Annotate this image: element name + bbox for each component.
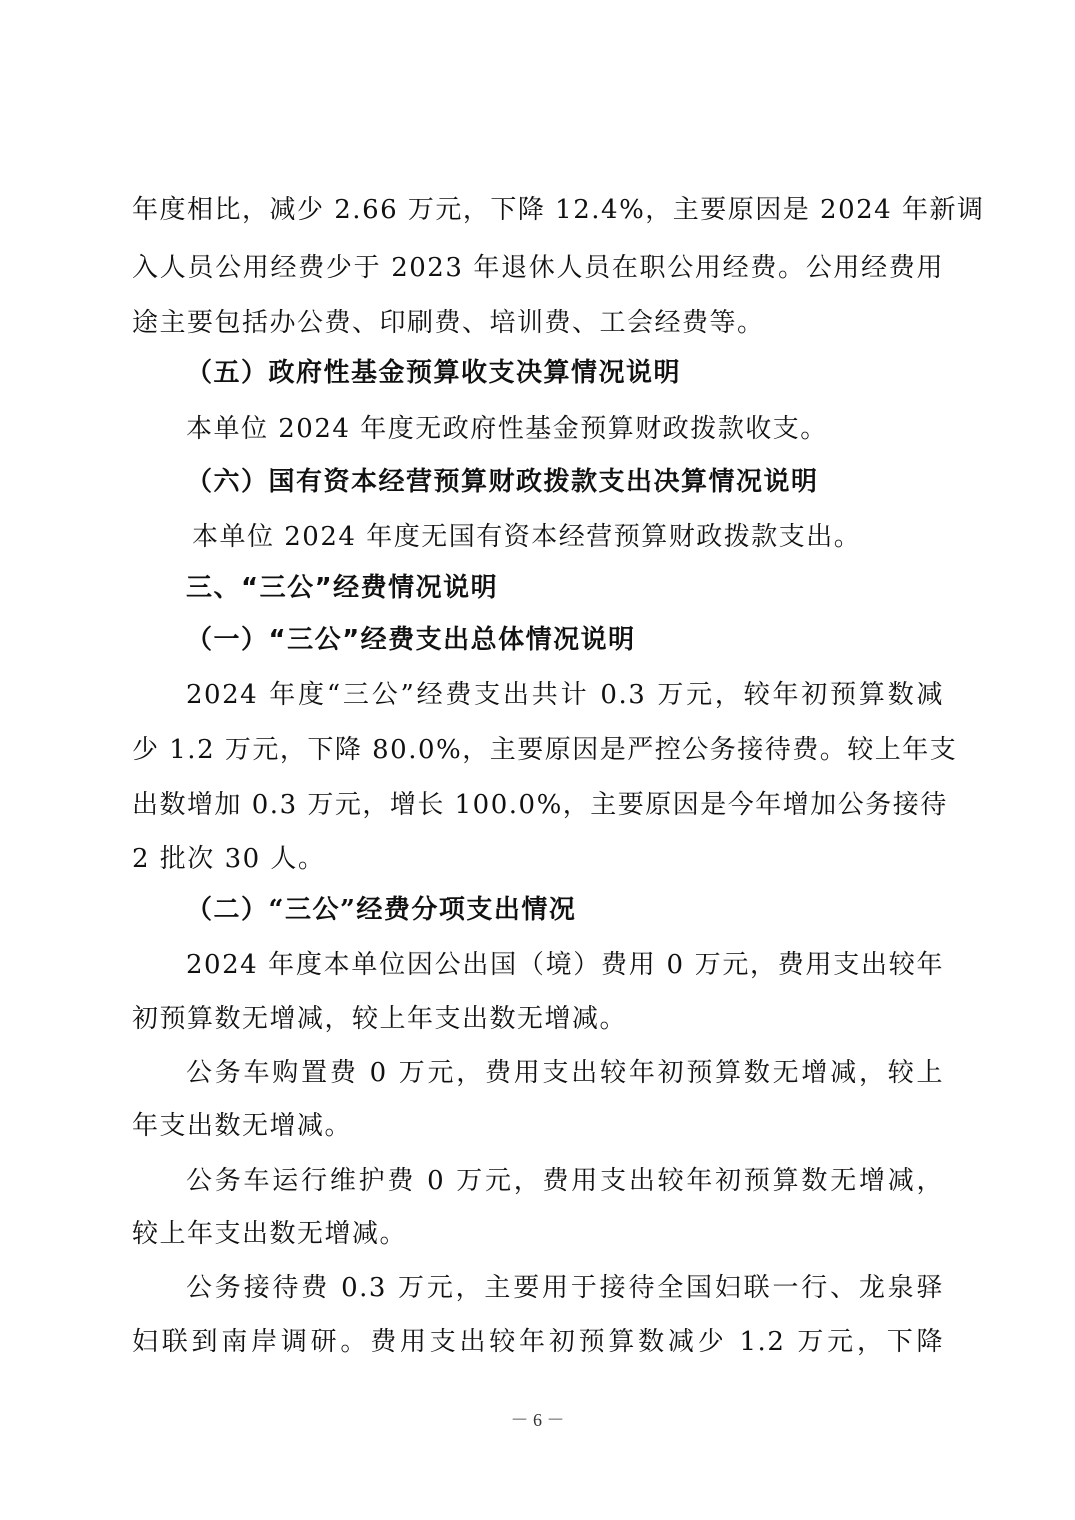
paragraph-line: 入人员公用经费少于 2023 年退休人员在职公用经费。公用经费用 <box>132 248 944 288</box>
section-heading-3-1: （一）“三公”经费支出总体情况说明 <box>186 620 998 660</box>
paragraph-line: 公务车运行维护费 0 万元，费用支出较年初预算数无增减， <box>186 1161 944 1201</box>
chapter-heading-3: 三、“三公”经费情况说明 <box>186 568 998 608</box>
page-number: － 6 － <box>0 1406 1075 1432</box>
document-page: 年度相比，减少 2.66 万元，下降 12.4%，主要原因是 2024 年新调 … <box>0 0 1075 1520</box>
paragraph-line: 少 1.2 万元，下降 80.0%，主要原因是严控公务接待费。较上年支 <box>132 730 944 770</box>
paragraph-line: 公务车购置费 0 万元，费用支出较年初预算数无增减，较上 <box>186 1053 944 1093</box>
section-heading-6: （六）国有资本经营预算财政拨款支出决算情况说明 <box>186 462 998 502</box>
paragraph-line: 年支出数无增减。 <box>132 1106 944 1146</box>
paragraph-line: 2 批次 30 人。 <box>132 839 944 879</box>
section-heading-5: （五）政府性基金预算收支决算情况说明 <box>186 353 998 393</box>
paragraph-line: 年度相比，减少 2.66 万元，下降 12.4%，主要原因是 2024 年新调 <box>132 190 944 230</box>
section-heading-3-2: （二）“三公”经费分项支出情况 <box>186 890 998 930</box>
paragraph-line: 2024 年度本单位因公出国（境）费用 0 万元，费用支出较年 <box>186 945 944 985</box>
paragraph-line: 2024 年度“三公”经费支出共计 0.3 万元，较年初预算数减 <box>186 675 944 715</box>
paragraph-line: 本单位 2024 年度无国有资本经营预算财政拨款支出。 <box>192 517 1004 557</box>
paragraph-line: 本单位 2024 年度无政府性基金预算财政拨款收支。 <box>186 409 998 449</box>
paragraph-line: 出数增加 0.3 万元，增长 100.0%，主要原因是今年增加公务接待 <box>132 785 944 825</box>
paragraph-line: 公务接待费 0.3 万元，主要用于接待全国妇联一行、龙泉驿 <box>186 1268 944 1308</box>
paragraph-line: 初预算数无增减，较上年支出数无增减。 <box>132 999 944 1039</box>
paragraph-line: 途主要包括办公费、印刷费、培训费、工会经费等。 <box>132 303 944 343</box>
paragraph-line: 妇联到南岸调研。费用支出较年初预算数减少 1.2 万元，下降 <box>132 1322 944 1362</box>
paragraph-line: 较上年支出数无增减。 <box>132 1214 944 1254</box>
